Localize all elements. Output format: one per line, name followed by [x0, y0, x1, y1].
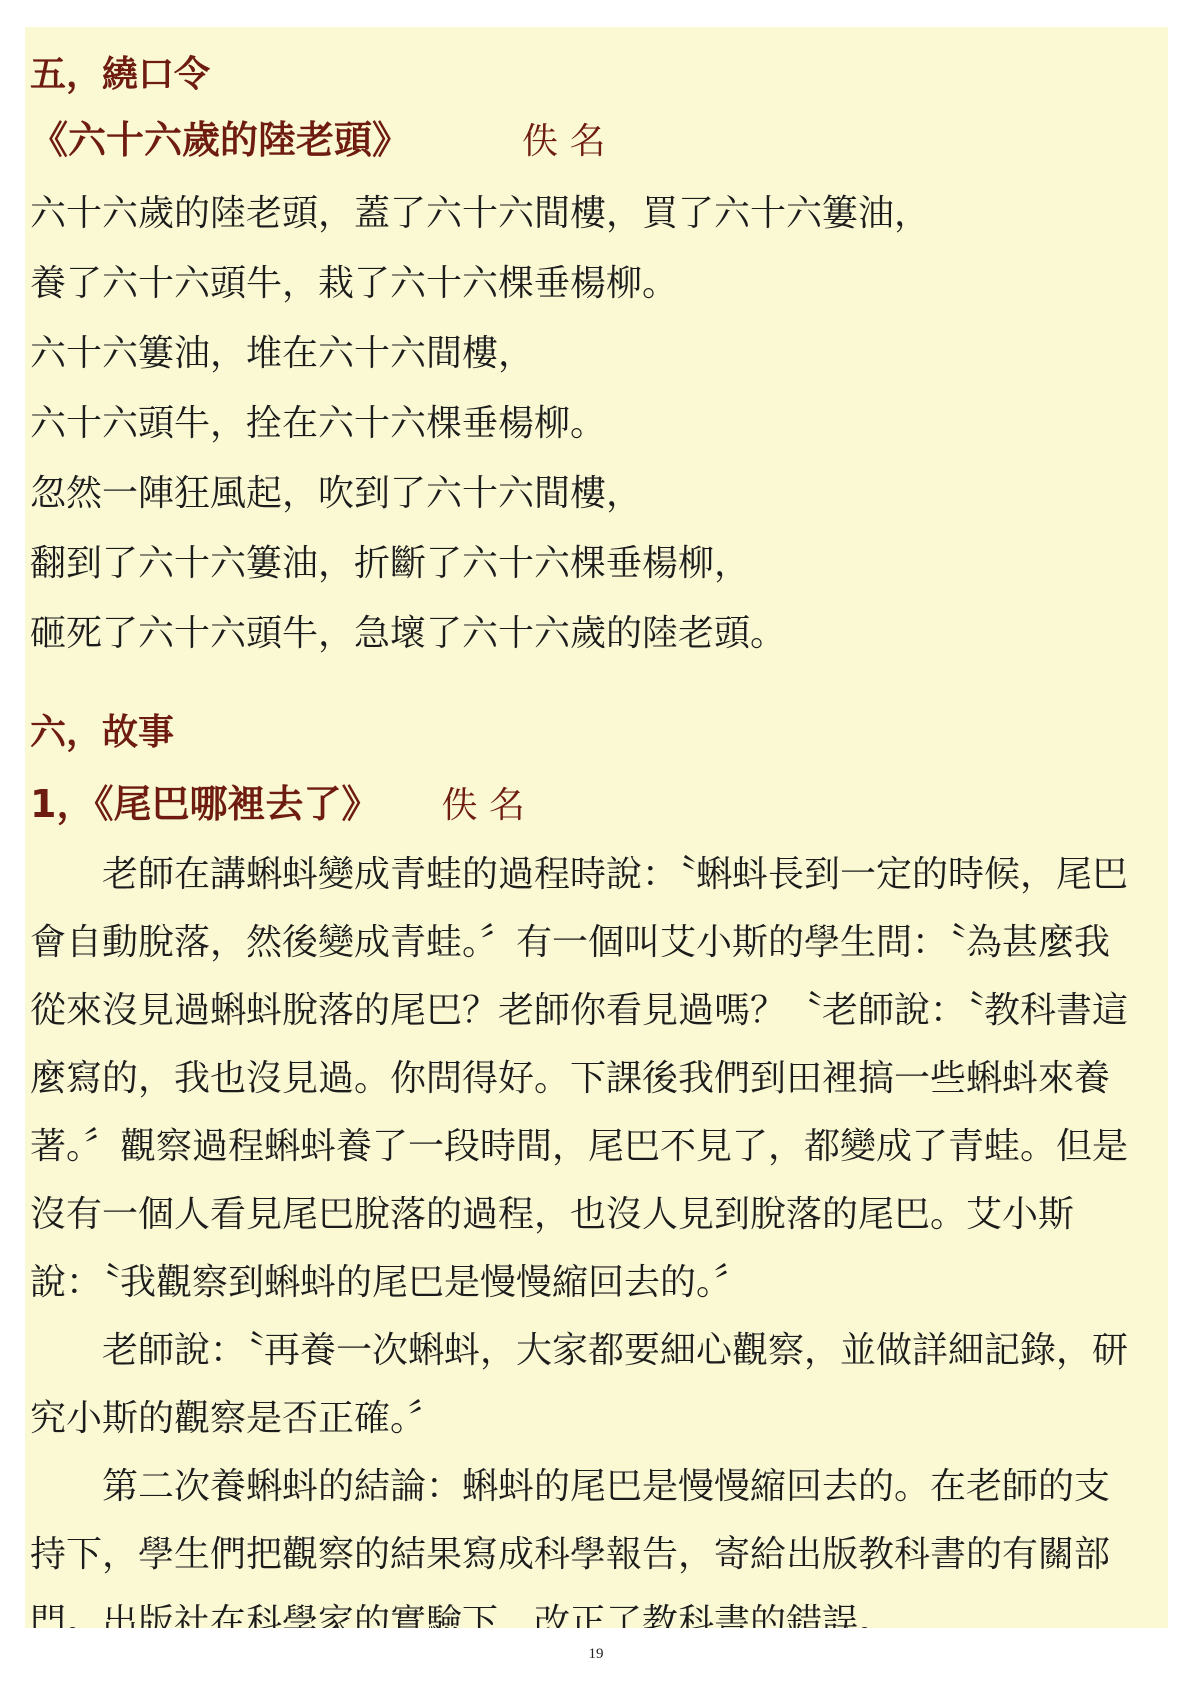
verse-line: 翻到了六十六簍油，折斷了六十六棵垂楊柳，	[30, 529, 1142, 599]
tongue-twister-title-row: 《六十六歲的陸老頭》佚 名	[30, 111, 1142, 171]
page-number: 19	[0, 1646, 1192, 1663]
tongue-twister-title: 《六十六歲的陸老頭》	[30, 118, 410, 162]
document-page: 五，繞口令 《六十六歲的陸老頭》佚 名 六十六歲的陸老頭，蓋了六十六間樓，買了六…	[0, 0, 1192, 1684]
story-item-number: 1，	[30, 782, 94, 826]
story-title-row: 1，《尾巴哪裡去了》佚 名	[30, 775, 1142, 835]
content-area: 五，繞口令 《六十六歲的陸老頭》佚 名 六十六歲的陸老頭，蓋了六十六間樓，買了六…	[25, 27, 1168, 1628]
tongue-twister-section-heading: 五，繞口令	[30, 47, 1142, 103]
story-section-heading: 六，故事	[30, 705, 1142, 761]
story-body: 老師在講蝌蚪變成青蛙的過程時說：〝蝌蚪長到一定的時候，尾巴會自動脫落，然後變成青…	[30, 841, 1142, 1628]
story-title: 《尾巴哪裡去了》	[94, 782, 379, 826]
verse-line: 砸死了六十六頭牛，急壞了六十六歲的陸老頭。	[30, 599, 1142, 669]
verse-line: 六十六歲的陸老頭，蓋了六十六間樓，買了六十六簍油，	[30, 179, 1142, 249]
story-paragraph: 老師說：〝再養一次蝌蚪，大家都要細心觀察，並做詳細記錄，研究小斯的觀察是否正確。…	[30, 1317, 1142, 1453]
tongue-twister-verse: 六十六歲的陸老頭，蓋了六十六間樓，買了六十六簍油， 養了六十六頭牛，栽了六十六棵…	[30, 179, 1142, 669]
tongue-twister-author: 佚 名	[522, 121, 605, 162]
verse-line: 養了六十六頭牛，栽了六十六棵垂楊柳。	[30, 249, 1142, 319]
verse-line: 六十六頭牛，拴在六十六棵垂楊柳。	[30, 389, 1142, 459]
story-paragraph: 第二次養蝌蚪的結論：蝌蚪的尾巴是慢慢縮回去的。在老師的支持下，學生們把觀察的結果…	[30, 1453, 1142, 1628]
story-paragraph: 老師在講蝌蚪變成青蛙的過程時說：〝蝌蚪長到一定的時候，尾巴會自動脫落，然後變成青…	[30, 841, 1142, 1317]
story-author: 佚 名	[441, 785, 524, 826]
verse-line: 六十六簍油，堆在六十六間樓，	[30, 319, 1142, 389]
verse-line: 忽然一陣狂風起，吹到了六十六間樓，	[30, 459, 1142, 529]
